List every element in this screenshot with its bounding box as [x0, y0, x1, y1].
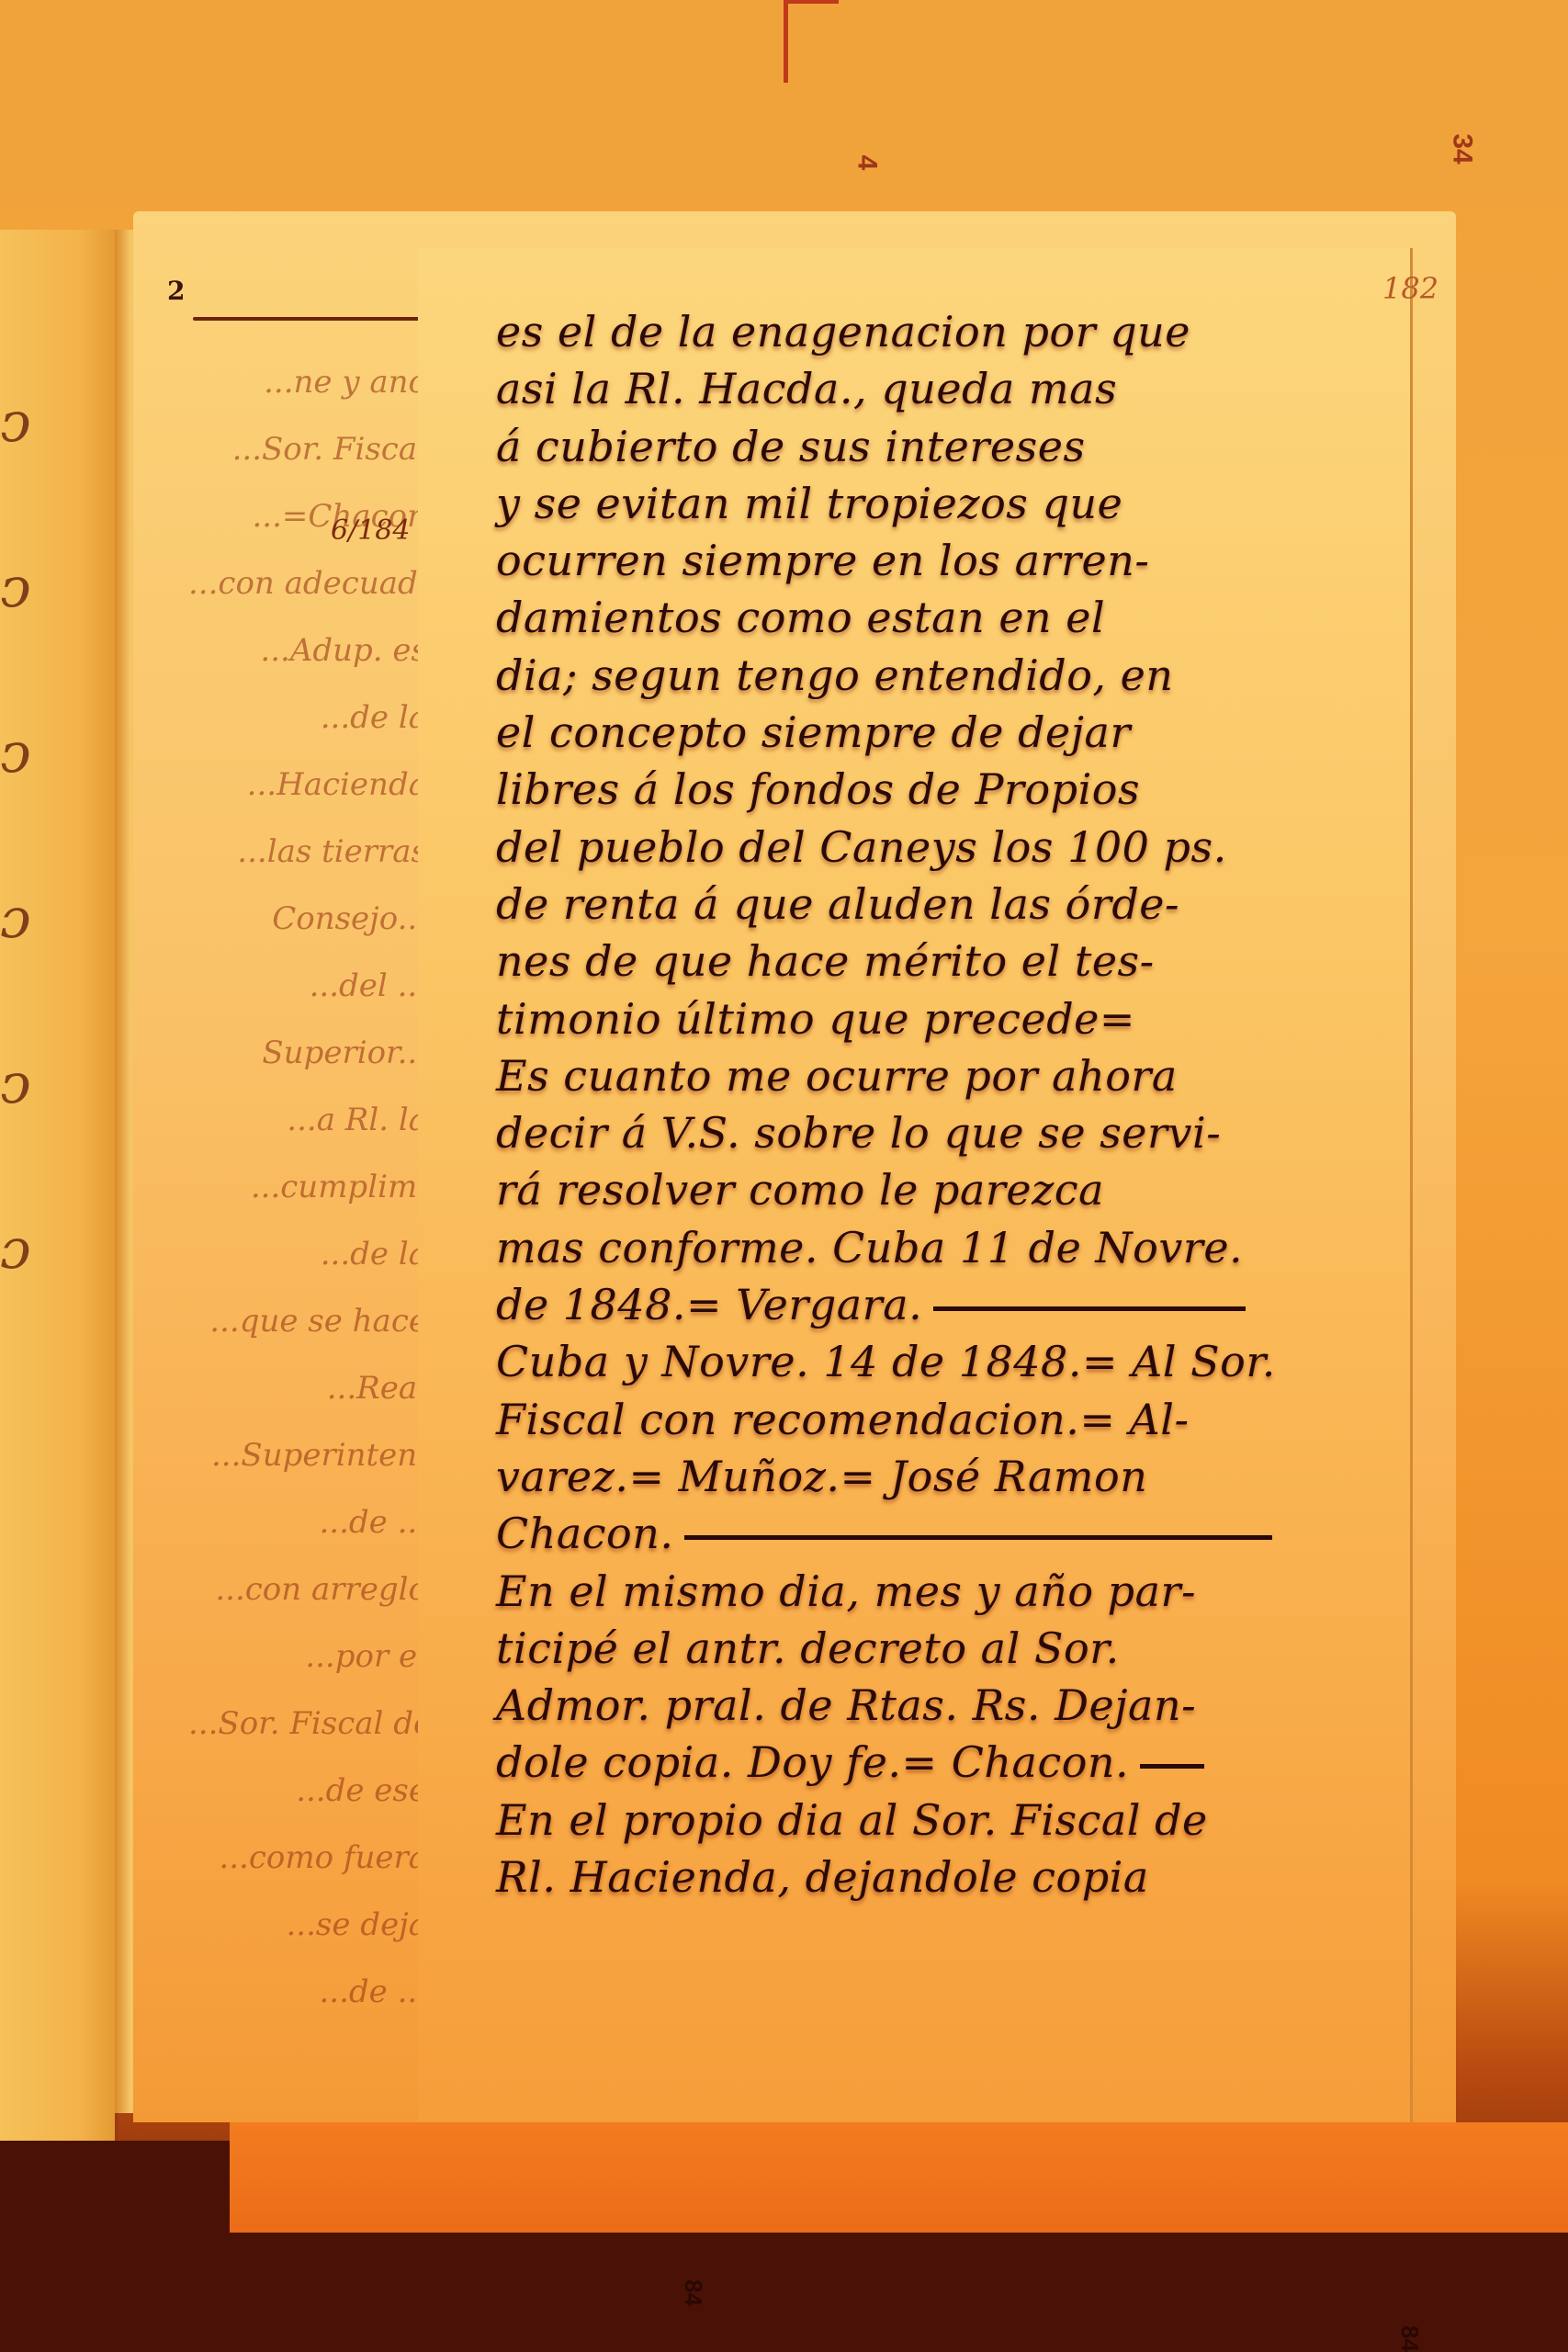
margin-fraction-note: 6/184: [331, 514, 410, 547]
manuscript-line: varez.= Muñoz.= José Ramon: [496, 1448, 1415, 1505]
manuscript-line: Cuba y Novre. 14 de 1848.= Al Sor.: [496, 1333, 1415, 1390]
manuscript-line-signed: de 1848.= Vergara.: [496, 1276, 1415, 1333]
manuscript-line: En el propio dia al Sor. Fiscal de: [496, 1792, 1415, 1849]
bleed-through-text: ...ne y ano ...Sor. Fiscal ...=Chacon ..…: [188, 349, 427, 2026]
lower-page-flap: [230, 2122, 1568, 2233]
ruler-tick: [784, 0, 788, 83]
manuscript-line: Fiscal con recomendacion.= Al-: [496, 1391, 1415, 1448]
manuscript-line: Admor. pral. de Rtas. Rs. Dejan-: [496, 1677, 1415, 1734]
manuscript-line: Es cuanto me ocurre por ahora: [496, 1047, 1415, 1104]
closing-rule: [1140, 1764, 1204, 1769]
line-text: de 1848.= Vergara.: [496, 1280, 922, 1329]
manuscript-line: damientos como estan en el: [496, 589, 1415, 646]
manuscript-line: el concepto siempre de dejar: [496, 704, 1415, 761]
manuscript-line: dia; segun tengo entendido, en: [496, 647, 1415, 704]
manuscript-line: Rl. Hacienda, dejandole copia: [496, 1849, 1415, 1905]
manuscript-line: asi la Rl. Hacda., queda mas: [496, 360, 1415, 417]
manuscript-line: ticipé el antr. decreto al Sor.: [496, 1620, 1415, 1677]
closing-rule: [933, 1306, 1246, 1311]
folio-number: 182: [1382, 271, 1438, 306]
manuscript-line: es el de la enagenacion por que: [496, 303, 1415, 360]
manuscript-line: ocurren siempre en los arren-: [496, 532, 1415, 589]
line-text: Chacon.: [496, 1509, 673, 1558]
manuscript-text: es el de la enagenacion por que asi la R…: [496, 303, 1415, 1905]
manuscript-line-signed: Chacon.: [496, 1505, 1415, 1562]
ruler-mark-bottom-right: 84: [1395, 2325, 1424, 2352]
manuscript-line: decir á V.S. sobre lo que se servi-: [496, 1104, 1415, 1161]
facing-page-left: ↄↄↄɔↄɔ: [0, 230, 118, 2159]
ruler-mark-top-right: 34: [1447, 133, 1478, 164]
manuscript-line: En el mismo dia, mes y año par-: [496, 1563, 1415, 1620]
manuscript-line: timonio último que precede=: [496, 990, 1415, 1047]
ruler-mark-top-center: 4: [851, 155, 882, 171]
ruler-mark-bottom-left: 84: [679, 2279, 707, 2306]
closing-rule: [684, 1535, 1272, 1540]
manuscript-line: del pueblo del Caneys los 100 ps.: [496, 819, 1415, 876]
manuscript-line: nes de que hace mérito el tes-: [496, 933, 1415, 989]
left-folio-mark: 2: [167, 276, 185, 306]
line-text: dole copia. Doy fe.= Chacon.: [496, 1737, 1129, 1787]
manuscript-line: mas conforme. Cuba 11 de Novre.: [496, 1219, 1415, 1276]
facing-page-text: ↄↄↄɔↄɔ: [0, 340, 55, 1332]
manuscript-line-signed: dole copia. Doy fe.= Chacon.: [496, 1734, 1415, 1791]
ruler-tick: [784, 0, 839, 4]
manuscript-line: y se evitan mil tropiezos que: [496, 475, 1415, 532]
manuscript-line: á cubierto de sus intereses: [496, 418, 1415, 475]
manuscript-line: de renta á que aluden las órde-: [496, 876, 1415, 933]
manuscript-line: rá resolver como le parezca: [496, 1161, 1415, 1218]
manuscript-line: libres á los fondos de Propios: [496, 761, 1415, 818]
